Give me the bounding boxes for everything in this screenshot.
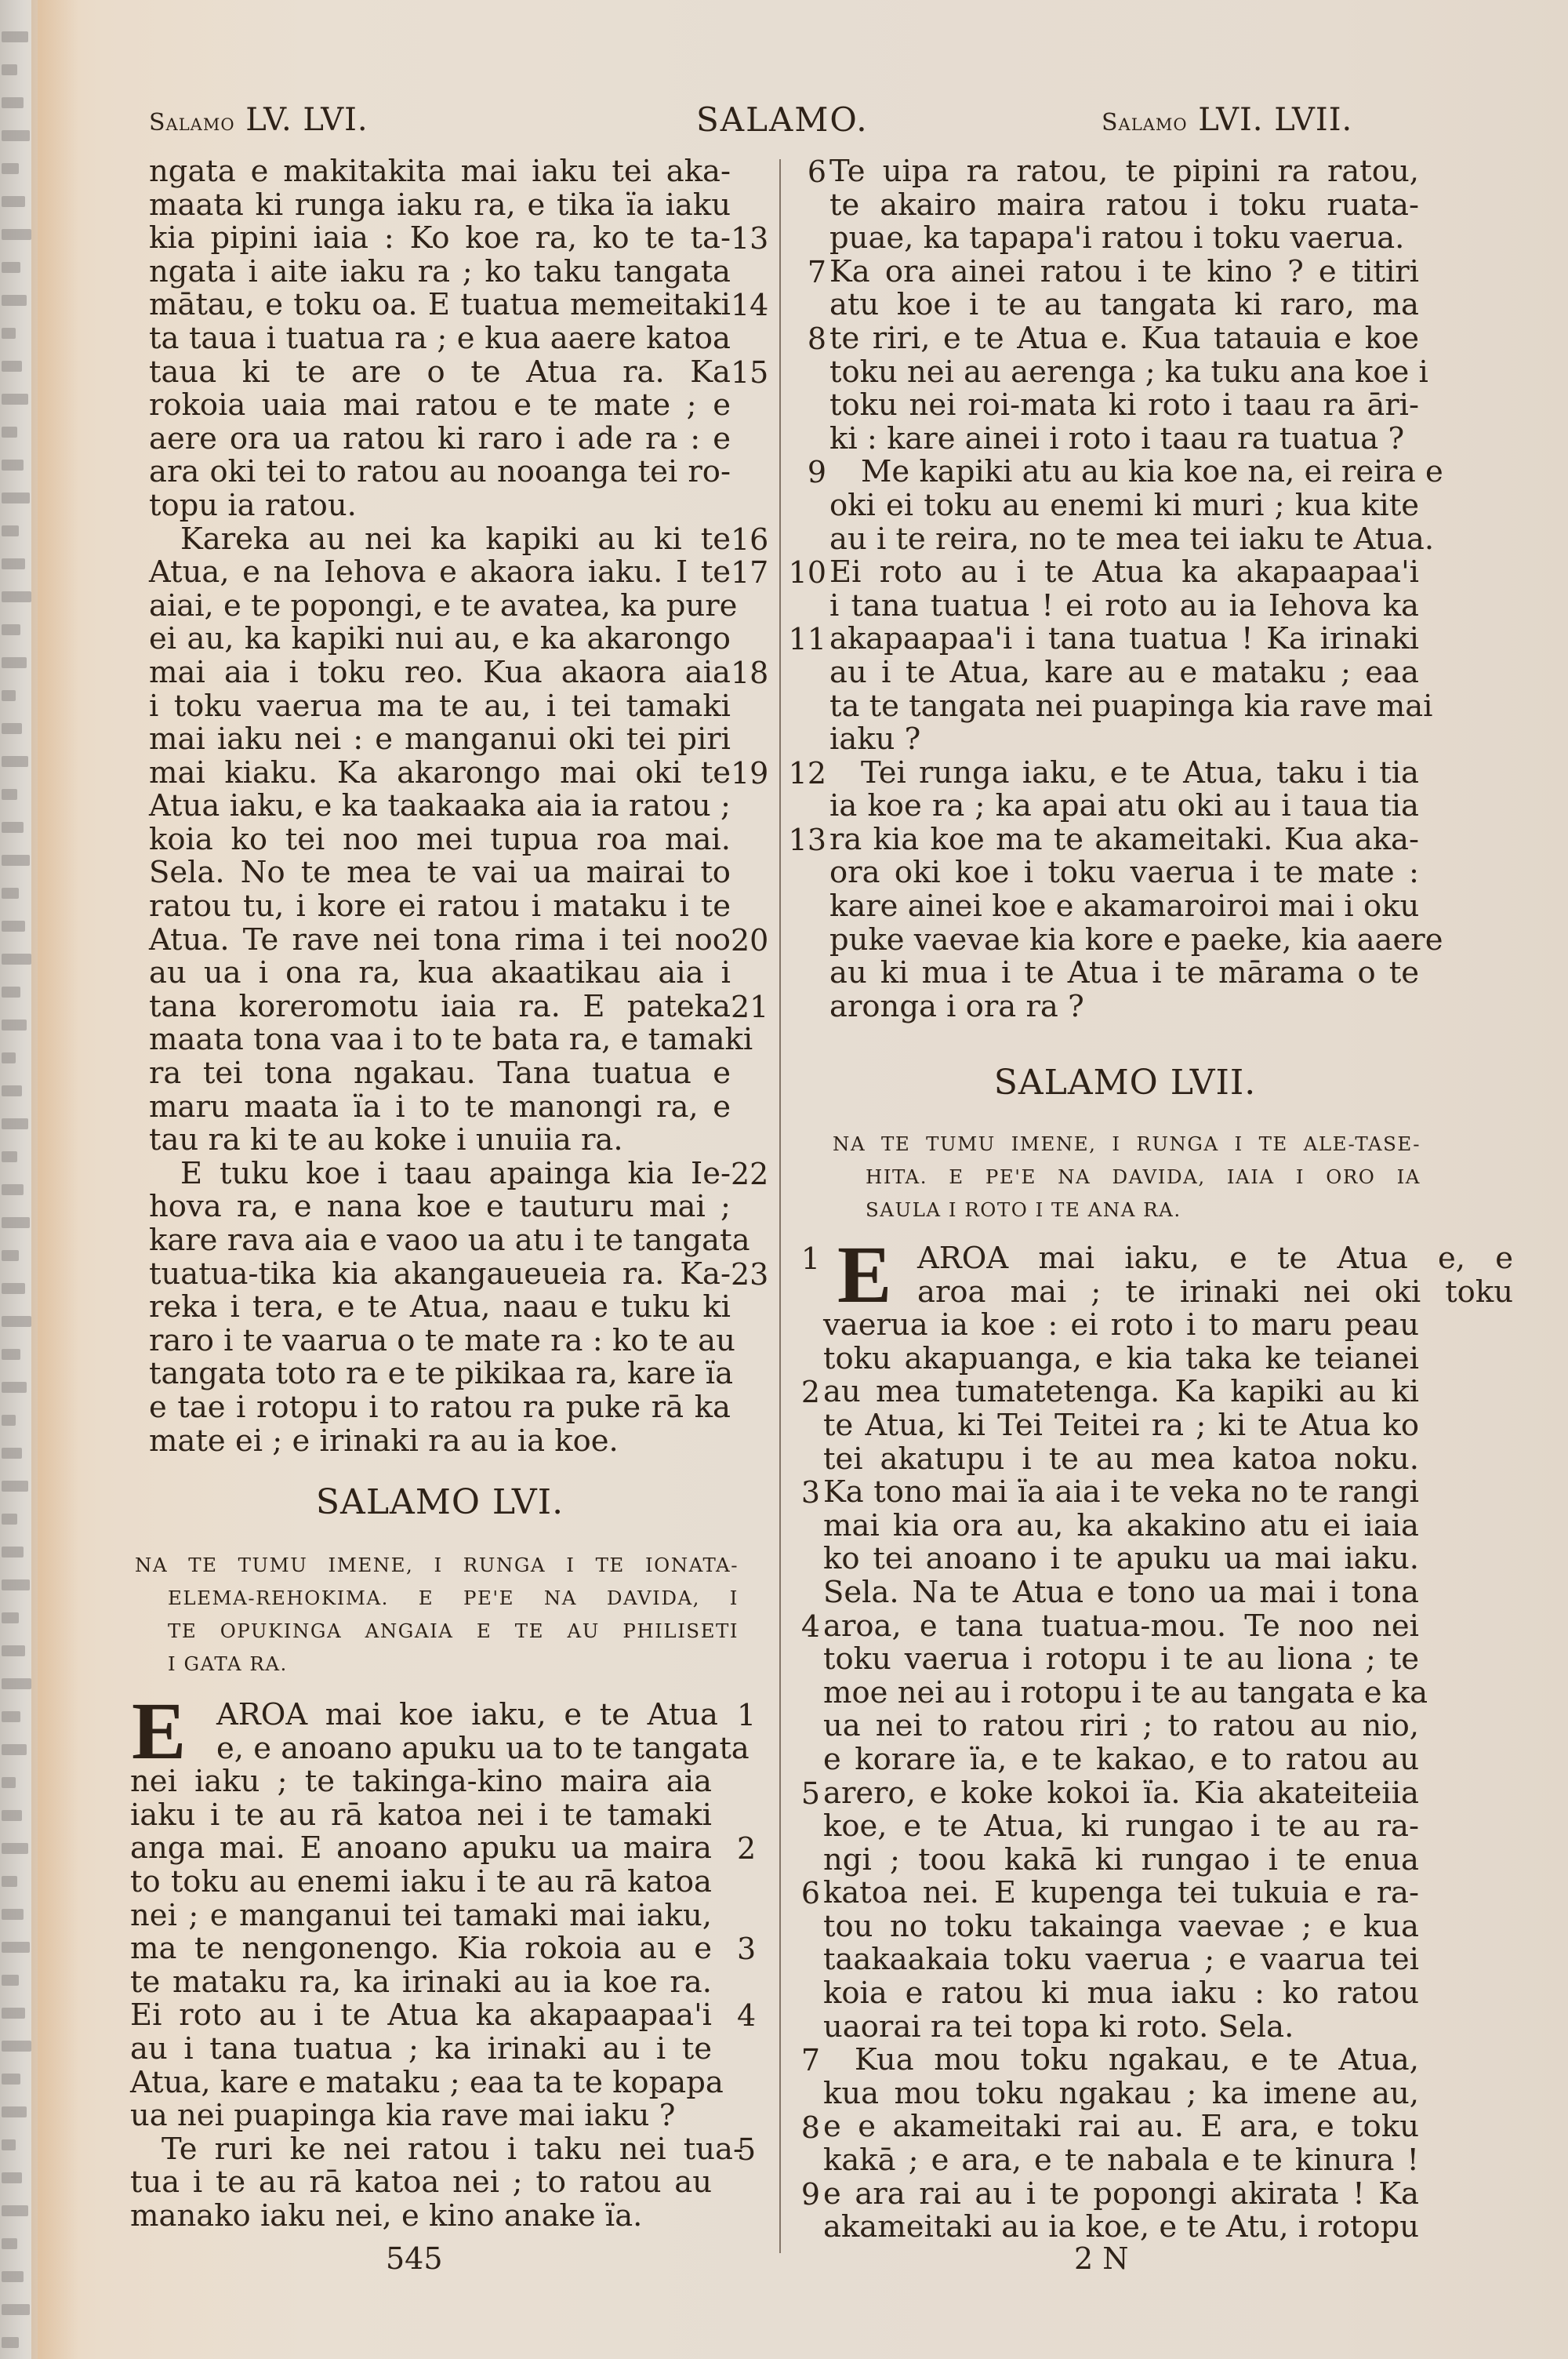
text-line: ra tei tona ngakau. Tana tuatua e [149,1057,731,1091]
text-line: tau ra ki te au koke i unuiia ra. [149,1124,731,1158]
adjacent-page-text-blur [2,690,16,701]
adjacent-page-text-blur [2,1777,16,1788]
text-line: Kua mou toku ngakau, e te Atua, [823,2044,1419,2077]
text-line: kakā ; e ara, e te nabala e te kinura ! [823,2144,1419,2178]
adjacent-page-text-blur [2,1744,27,1755]
adjacent-page-text-blur [2,64,17,75]
text-line: toku vaerua i rotopu i te au liona ; te [823,1643,1419,1677]
text-line: maata tona vaa i to te bata ra, e tamaki [149,1023,731,1057]
text-line: AROA mai koe iaku, e te Atua [130,1699,718,1732]
adjacent-page-text-blur [2,1382,27,1393]
text-line: ta taua i tuatua ra ; e kua aaere katoa [149,322,731,356]
superscription-line: SAULA I ROTO I TE ANA RA. [833,1194,1421,1227]
text-line: Te ruri ke nei ratou i taku nei tua- [130,2133,743,2167]
adjacent-page-text-blur [2,1514,17,1525]
verse-number: 11 [787,623,826,656]
adjacent-page-text-blur [2,1349,20,1360]
superscription-line: ELEMA-REHOKIMA. E PE'E NA DAVIDA, I [135,1582,739,1615]
psalm-lvii-superscription: NA TE TUMU IMENE, I RUNGA I TE ALE-TASE-… [833,1128,1421,1227]
text-line: mate ei ; e irinaki ra au ia koe. [149,1425,731,1459]
verse-number: 6 [787,155,826,189]
left-column-text: ngata e makitakita mai iaku tei aka-maat… [149,155,731,1458]
adjacent-page-text-blur [2,2041,31,2052]
verse-number: 8 [787,322,826,356]
adjacent-page-text-blur [2,1020,27,1030]
adjacent-page-text-blur [2,196,25,207]
text-line: ngata i aite iaku ra ; ko taku tangata [149,256,731,289]
text-line: oki ei toku au enemi ki muri ; kua kite [829,489,1419,523]
text-line: koia ko tei noo mei tupua roa mai. [149,823,731,857]
text-line: iaku i te au rā katoa nei i te tamaki [130,1799,712,1833]
text-line: hova ra, e nana koe e tauturu mai ; [149,1190,731,1224]
text-line: Kareka au nei ka kapiki au ki te [149,523,731,557]
adjacent-page-text-blur [2,789,17,800]
adjacent-page-text-blur [2,1909,24,1920]
text-line: toku nei au aerenga ; ka tuku ana koe i [829,356,1419,390]
text-line: aroa mai ; te irinaki nei oki toku [823,1276,1513,1310]
text-line: Atua, kare e mataku ; eaa ta te kopapa [130,2066,712,2100]
adjacent-page-text-blur [2,822,24,833]
verse-number: 10 [787,556,826,590]
text-line: ua nei to ratou riri ; to ratou au nio, [823,1710,1419,1743]
text-line: uaorai ra tei topa ki roto. Sela. [823,2011,1419,2045]
adjacent-page-text-blur [2,1876,17,1887]
psalm-lvi-text: AROA mai koe iaku, e te Atuae, e anoano … [130,1699,734,2234]
text-line: Atua. Te rave nei tona rima i tei noo [149,924,731,958]
adjacent-page-text-blur [2,954,31,965]
adjacent-page-text-blur [2,987,20,998]
text-line: tangata toto ra e te pikikaa ra, kare ïa [149,1358,731,1391]
running-head-left-smallcaps: Salamo [149,109,235,136]
adjacent-page-text-blur [2,2172,22,2183]
text-line: e ara rai au i te popongi akirata ! Ka [823,2178,1419,2212]
adjacent-page-text-blur [2,855,30,866]
verse-number: 1 [781,1242,820,1276]
text-line: rokoia uaia mai ratou e te mate ; e [149,389,731,423]
adjacent-page-text-blur [2,2139,16,2150]
adjacent-page-text-blur [2,460,24,471]
text-line: koia e ratou ki mua iaku : ko ratou [823,1977,1419,2011]
adjacent-page-text-blur [2,427,17,438]
adjacent-page-text-blur [2,2304,30,2315]
text-line: aiai, e te popongi, e te avatea, ka pure [149,590,731,623]
adjacent-page-text-blur [2,1711,20,1722]
adjacent-page-text-blur [2,1678,31,1689]
adjacent-page-text-blur [2,361,22,372]
text-line: koe, e te Atua, ki rungao i te au ra- [823,1810,1419,1844]
adjacent-page-text-blur [2,2106,27,2117]
text-line: to toku au enemi iaku i te au rā katoa [130,1866,712,1899]
text-line: ra kia koe ma te akameitaki. Kua aka- [829,823,1419,857]
verse-number: 9 [787,456,826,489]
adjacent-page-text-blur [2,2008,25,2019]
text-line: tei akatupu i te au mea katoa noku. [823,1443,1419,1477]
verse-number: 2 [781,1376,820,1409]
adjacent-page-text-blur [2,394,28,405]
verse-number: 19 [731,757,786,791]
text-line: Me kapiki atu au kia koe na, ei reira e [829,456,1419,489]
running-head-left: Salamo LV. LVI. [149,100,368,143]
adjacent-page-text-blur [2,657,27,668]
text-line: Te uipa ra ratou, te pipini ra ratou, [829,155,1419,189]
adjacent-page-text-blur [2,2271,24,2282]
psalm-lvii-text: AROA mai iaku, e te Atua e, earoa mai ; … [823,1242,1419,2245]
psalm-lvi-superscription: NA TE TUMU IMENE, I RUNGA I TE IONATA-EL… [135,1549,739,1681]
text-line: arero, e koke kokoi ïa. Kia akateiteiia [823,1777,1419,1811]
verse-number: 3 [737,1932,792,1966]
adjacent-page-text-blur [2,31,28,42]
verse-number: 1 [737,1699,792,1732]
verse-number: 13 [731,222,786,256]
text-line: tua i te au rā katoa nei ; to ratou au [130,2166,712,2200]
text-line: ua nei puapinga kia rave mai iaku ? [130,2099,712,2133]
text-line: akapaapaa'i i tana tuatua ! Ka irinaki [829,623,1419,656]
text-line: te Atua, ki Tei Teitei ra ; ki te Atua k… [823,1409,1419,1443]
adjacent-page-text-blur [2,1481,28,1492]
verse-number: 4 [781,1610,820,1644]
gutter-shadow [31,0,78,2359]
text-line: AROA mai iaku, e te Atua e, e [823,1242,1513,1276]
running-head-right-numerals: LVI. LVII. [1188,102,1353,138]
adjacent-page-text-blur [2,723,22,734]
text-line: toku nei roi-mata ki roto i taau ra āri- [829,389,1419,423]
text-line: maru maata ïa i to te manongi ra, e [149,1091,731,1125]
text-line: aere ora ua ratou ki raro i ade ra : e [149,423,731,456]
text-line: au ua i ona ra, kua akaatikau aia i [149,957,731,990]
superscription-line: TE OPUKINGA ANGAIA E TE AU PHILISETI [135,1615,739,1648]
verse-number: 4 [737,1999,792,2033]
text-line: mātau, e toku oa. E tuatua memeitaki [149,289,731,322]
verse-number: 13 [787,823,826,857]
text-line: topu ia ratou. [149,489,731,523]
text-line: ngata e makitakita mai iaku tei aka- [149,155,731,189]
adjacent-page-text-blur [2,1975,19,1986]
superscription-line: I GATA RA. [135,1648,739,1681]
adjacent-page-text-blur [2,2205,28,2216]
text-line: i tana tuatua ! ei roto au ia Iehova ka [829,590,1419,623]
text-line: te riri, e te Atua e. Kua tatauia e koe [829,322,1419,356]
verse-number: 23 [731,1258,786,1292]
signature-mark: 2 N [1074,2241,1129,2276]
text-line: ara oki tei to ratou au nooanga tei ro- [149,456,731,489]
text-line: akameitaki au ia koe, e te Atu, i rotopu [823,2211,1419,2245]
adjacent-page-text-blur [2,1217,30,1228]
adjacent-page-text-blur [2,1085,22,1096]
adjacent-page-text-blur [2,1547,24,1558]
verse-number: 9 [781,2178,820,2212]
adjacent-page-text-blur [2,1579,30,1590]
adjacent-page-text-blur [2,1612,19,1623]
adjacent-page-text-blur [2,493,30,503]
text-line: kia pipini iaia : Ko koe ra, ko te ta- [149,222,731,256]
adjacent-page-text-blur [2,921,25,932]
text-line: manako iaku nei, e kino anake ïa. [130,2200,712,2234]
superscription-line: NA TE TUMU IMENE, I RUNGA I TE IONATA- [135,1549,739,1582]
text-line: mai kia ora au, ka akakino atu ei iaia [823,1510,1419,1543]
adjacent-page-text-blur [2,2238,17,2249]
verse-number: 21 [731,990,786,1024]
adjacent-page-text-blur [2,2337,19,2348]
text-line: ma te nengonengo. Kia rokoia au e [130,1932,712,1966]
text-line: Sela. Na te Atua e tono ua mai i tona [823,1576,1419,1610]
text-line: reka i tera, e te Atua, naau e tuku ki [149,1291,731,1325]
verse-number: 2 [737,1832,792,1866]
verse-number: 18 [731,656,786,690]
text-line: anga mai. E anoano apuku ua maira [130,1832,712,1866]
text-line: moe nei au i rotopu i te au tangata e ka [823,1677,1419,1710]
text-line: ratou tu, i kore ei ratou i mataku i te [149,890,731,924]
text-line: Ka tono mai ïa aia i te veka no te rangi [823,1476,1419,1510]
text-line: mai aia i toku reo. Kua akaora aia [149,656,731,690]
text-line: au mea tumatetenga. Ka kapiki au ki [823,1376,1419,1409]
adjacent-page-text-blur [2,2074,20,2085]
adjacent-page-text-blur [2,1052,16,1063]
text-line: Atua, e na Iehova e akaora iaku. I te [149,556,731,590]
adjacent-page-text-blur [2,1645,25,1656]
adjacent-page-text-blur [2,1942,30,1953]
text-line: kare rava aia e vaoo ua atu i te tangata [149,1224,731,1258]
verse-number: 7 [781,2044,820,2077]
adjacent-page-text-blur [2,591,31,602]
text-line: mai kiaku. Ka akarongo mai oki te [149,757,731,791]
text-line: atu koe i te au tangata ki raro, ma [829,289,1419,322]
text-line: e, e anoano apuku ua to te tangata [130,1732,718,1766]
text-line: aronga i ora ra ? [829,990,1419,1024]
text-line: raro i te vaarua o te mate ra : ko te au [149,1325,731,1358]
adjacent-page-text-blur [2,1316,31,1327]
text-line: au i tana tuatua ; ka irinaki au i te [130,2033,712,2066]
text-line: au ki mua i te Atua i te mārama o te [829,957,1419,990]
adjacent-page-text-blur [2,1250,19,1261]
adjacent-page-text-blur [2,1283,25,1294]
running-head-center: SALAMO. [696,100,869,140]
text-line: tuatua-tika kia akangaueueia ra. Ka- [149,1258,731,1292]
text-line: katoa nei. E kupenga tei tukuia e ra- [823,1877,1419,1910]
verse-number: 6 [781,1877,820,1910]
text-line: e korare ïa, e te kakao, e to ratou au [823,1743,1419,1777]
text-line: puke vaevae kia kore e paeke, kia aaere [829,924,1419,958]
verse-number: 17 [731,556,786,590]
verse-number: 8 [781,2111,820,2145]
text-line: Ka ora ainei ratou i te kino ? e titiri [829,256,1419,289]
adjacent-page-text-blur [2,130,30,141]
text-line: te akairo maira ratou i toku ruata- [829,189,1419,223]
adjacent-page-text-blur [2,163,19,174]
adjacent-page-text-blur [2,1184,24,1195]
verse-number: 5 [781,1777,820,1811]
text-line: Atua iaku, e ka taakaaka aia ia ratou ; [149,790,731,823]
text-line: ki : kare ainei i roto i taau ra tuatua … [829,423,1419,456]
adjacent-page-text-blur [2,328,16,339]
adjacent-page-text-blur [2,1843,28,1854]
adjacent-page-text-blur [2,229,31,240]
superscription-line: HITA. E PE'E NA DAVIDA, IAIA I ORO IA [833,1161,1421,1194]
page-number: 545 [386,2241,443,2276]
text-line: tou no toku takainga vaevae ; e kua [823,1910,1419,1944]
text-line: nei ; e manganui tei tamaki mai iaku, [130,1899,712,1933]
text-line: ko tei anoano i te apuku ua mai iaku. [823,1543,1419,1576]
adjacent-page-text-blur [2,888,19,899]
running-head-right: Salamo LVI. LVII. [1102,100,1352,143]
text-line: ia koe ra ; ka apai atu oki au i taua ti… [829,790,1419,823]
text-line: Ei roto au i te Atua ka akapaapaa'i [130,1999,712,2033]
adjacent-page-text-blur [2,97,24,108]
text-line: ora oki koe i toku vaerua i te mate : [829,856,1419,890]
verse-number: 16 [731,523,786,557]
adjacent-page-text-blur [2,1448,22,1459]
text-line: mai iaku nei : e manganui oki tei piri [149,723,731,757]
text-line: taakaakaia toku vaerua ; e vaarua tei [823,1943,1419,1977]
text-line: kare ainei koe e akamaroiroi mai i oku [829,890,1419,924]
adjacent-page-text-blur [2,525,19,536]
running-head-left-numerals: LV. LVI. [235,102,368,138]
verse-number: 14 [731,289,786,322]
text-line: tana koreromotu iaia ra. E pateka [149,990,731,1024]
adjacent-page-text-blur [2,558,25,569]
text-line: au i te Atua, kare au e mataku ; eaa [829,656,1419,690]
adjacent-page-text-blur [2,1810,22,1821]
text-line: aroa, e tana tuatua-mou. Te noo nei [823,1610,1419,1644]
right-column-text: Te uipa ra ratou, te pipini ra ratou,te … [829,155,1419,1023]
text-line: maata ki runga iaku ra, e tika ïa iaku [149,189,731,223]
text-line: taua ki te are o te Atua ra. Ka [149,356,731,390]
text-line: au i te reira, no te mea tei iaku te Atu… [829,523,1419,557]
text-line: nei iaku ; te takinga-kino maira aia [130,1765,712,1799]
adjacent-page-text-blur [2,295,27,306]
text-line: e tae i rotopu i to ratou ra puke rā ka [149,1391,731,1425]
verse-number: 12 [787,757,826,791]
text-line: E tuku koe i taau apainga kia Ie- [149,1158,731,1191]
adjacent-page-text-blur [2,262,20,273]
superscription-line: NA TE TUMU IMENE, I RUNGA I TE ALE-TASE- [833,1128,1421,1161]
adjacent-page-text-blur [2,1118,28,1129]
text-line: Tei runga iaku, e te Atua, taku i tia [829,757,1419,791]
psalm-lvii-title: SALAMO LVII. [815,1063,1435,1103]
text-line: te mataku ra, ka irinaki au ia koe ra. [130,1966,712,2000]
running-head-right-smallcaps: Salamo [1102,109,1188,136]
verse-number: 7 [787,256,826,289]
adjacent-page-text-blur [2,1151,17,1162]
text-line: Ei roto au i te Atua ka akapaapaa'i [829,556,1419,590]
verse-number: 22 [731,1158,786,1191]
adjacent-page-text-blur [2,624,20,635]
text-line: kua mou toku ngakau ; ka imene au, [823,2077,1419,2111]
text-line: e e akameitaki rai au. E ara, e toku [823,2110,1419,2144]
text-line: ngi ; toou kakā ki rungao i te enua [823,1844,1419,1877]
text-line: iaku ? [829,723,1419,757]
text-line: ei au, ka kapiki nui au, e ka akarongo [149,623,731,656]
text-line: toku akapuanga, e kia taka ke teianei [823,1343,1419,1376]
text-line: puae, ka tapapa'i ratou i toku vaerua. [829,222,1419,256]
text-line: Sela. No te mea te vai ua mairai to [149,856,731,890]
text-line: ta te tangata nei puapinga kia rave mai [829,690,1419,724]
text-line: vaerua ia koe : ei roto i to maru peau [823,1309,1419,1343]
text-line: i toku vaerua ma te au, i tei tamaki [149,690,731,724]
verse-number: 20 [731,924,786,958]
verse-number: 3 [781,1476,820,1510]
psalm-lvi-title: SALAMO LVI. [149,1482,731,1522]
adjacent-page-text-blur [2,756,28,767]
verse-number: 15 [731,356,786,390]
adjacent-page-text-blur [2,1415,16,1426]
